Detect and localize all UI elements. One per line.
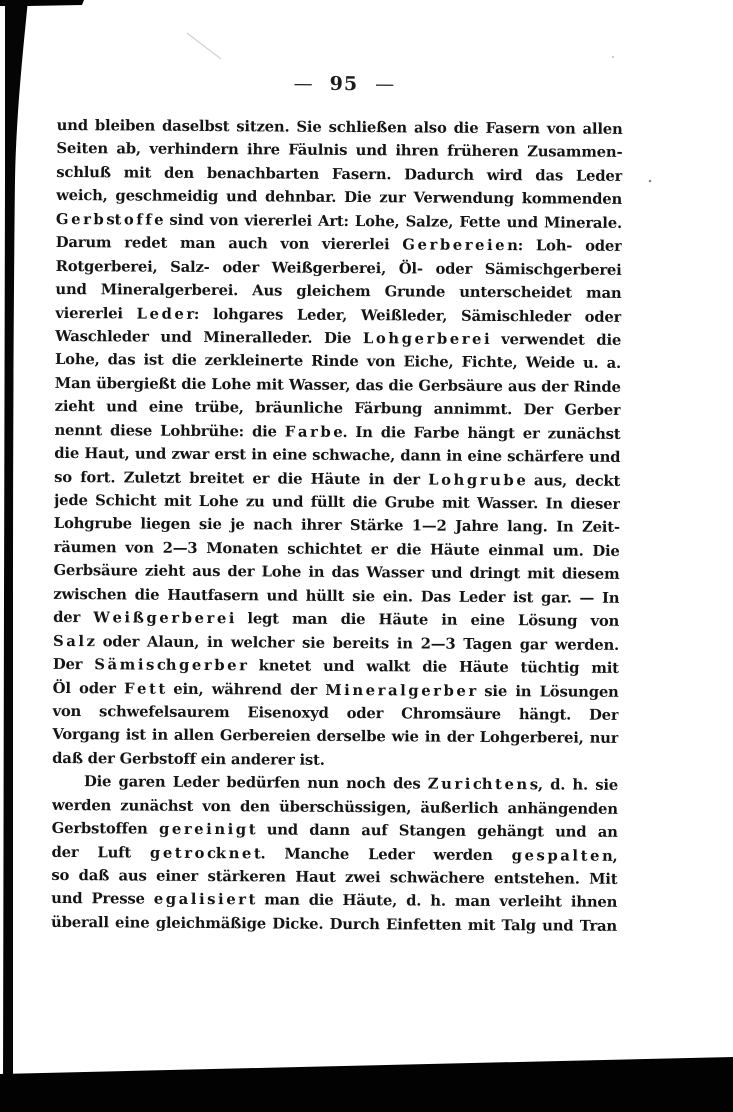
page-content: — 95 — und bleiben daselbst sitzen. Sie …: [0, 0, 733, 1112]
scanned-book-page: — 95 — und bleiben daselbst sitzen. Sie …: [0, 0, 733, 1112]
text-line: Die garen Leder bedürfen nun noch des Z …: [52, 770, 618, 797]
page-header: — 95 —: [3, 71, 685, 98]
text-line: Darum redet man auch von viererlei G e r…: [56, 231, 622, 258]
header-dash-right: —: [375, 73, 394, 95]
text-line: Gerbstoffen g e r e i n i g t und dann a…: [52, 817, 618, 844]
text-line: die Haut, und zwar erst in eine schwache…: [54, 442, 620, 469]
text-line: überall eine gleichmäßige Dicke. Durch E…: [51, 911, 617, 938]
header-dash-left: —: [294, 73, 313, 95]
text-line: der W e i ß g e r b e r e i legt man die…: [53, 606, 619, 633]
text-line: Der S ä m i s ch g e r b e r knetet und …: [53, 653, 619, 680]
page-number: 95: [330, 73, 359, 95]
text-line: zieht und eine trübe, bräunliche Färbung…: [55, 395, 621, 422]
body-text: und bleiben daselbst sitzen. Sie schließ…: [51, 114, 623, 938]
text-line: und Mineralgerberei. Aus gleichem Grunde…: [55, 278, 621, 305]
